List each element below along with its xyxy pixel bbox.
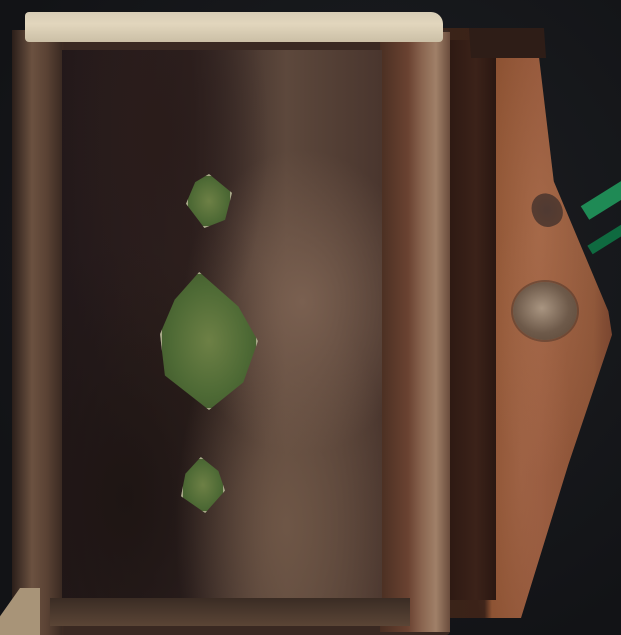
cover-bottom-frame bbox=[50, 598, 410, 626]
flap-medallion-stamp bbox=[513, 282, 577, 340]
cover-left-edge bbox=[12, 30, 62, 635]
book-photograph bbox=[0, 0, 621, 635]
flap-top-edge bbox=[469, 28, 546, 58]
page-edges bbox=[25, 12, 443, 42]
flap-fold bbox=[446, 40, 496, 600]
cover-right-edge bbox=[380, 32, 450, 632]
